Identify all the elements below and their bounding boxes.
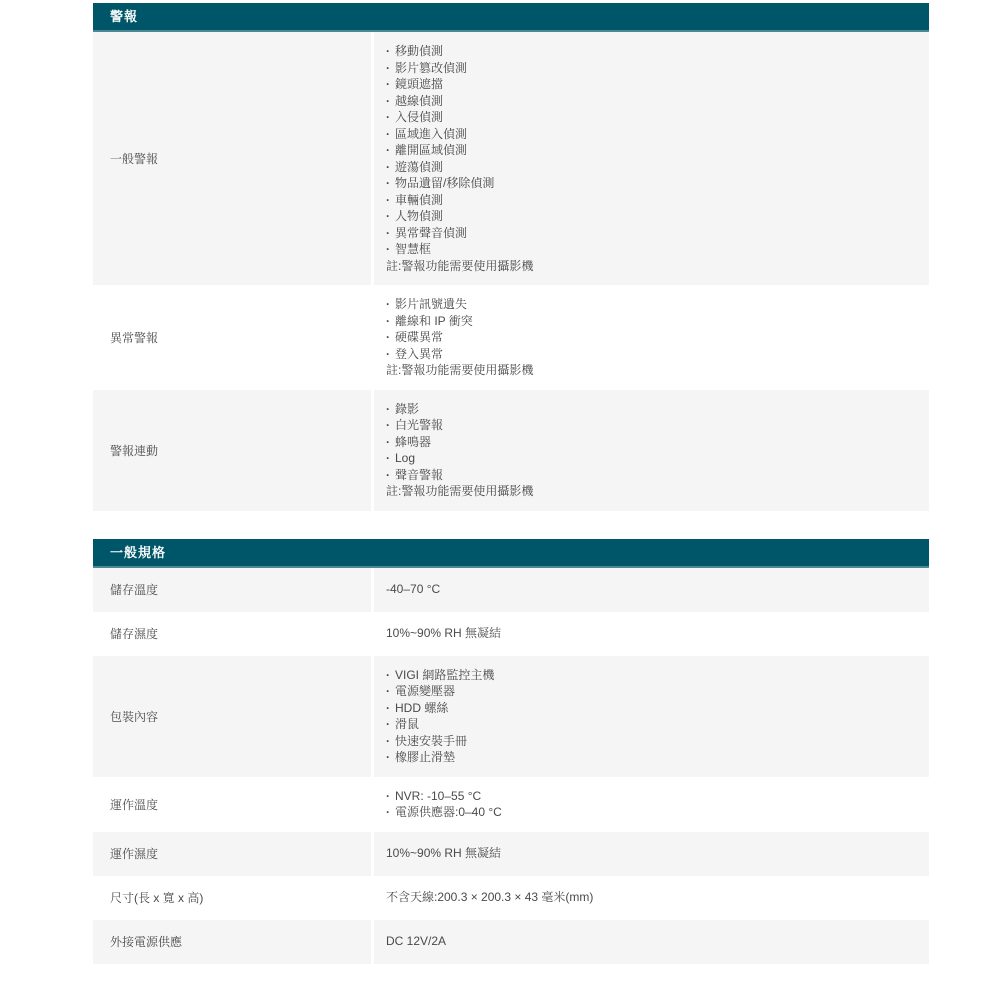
- bullet-list: 移動偵測影片篡改偵測鏡頭遮擋越線偵測入侵偵測區域進入偵測離開區域偵測遊蕩偵測物品…: [386, 43, 917, 258]
- spec-row: 儲存濕度10%~90% RH 無凝結: [93, 612, 929, 656]
- row-note: 註:警報功能需要使用攝影機: [386, 483, 917, 500]
- spec-row-label: 運作溫度: [93, 777, 371, 832]
- bullet-item: NVR: -10–55 °C: [386, 788, 917, 805]
- bullet-item: 離線和 IP 衝突: [386, 313, 917, 330]
- bullet-item: 區域進入偵測: [386, 126, 917, 143]
- bullet-list: 影片訊號遺失離線和 IP 衝突硬碟異常登入異常: [386, 296, 917, 362]
- spec-row-label: 運作濕度: [93, 832, 371, 876]
- spec-table-alarm: 警報 一般警報移動偵測影片篡改偵測鏡頭遮擋越線偵測入侵偵測區域進入偵測離開區域偵…: [93, 3, 929, 511]
- bullet-item: 離開區域偵測: [386, 142, 917, 159]
- spec-row-label: 警報連動: [93, 390, 371, 511]
- spec-row-label: 一般警報: [93, 32, 371, 285]
- bullet-item: 影片篡改偵測: [386, 60, 917, 77]
- bullet-item: 鏡頭遮擋: [386, 76, 917, 93]
- bullet-list: VIGI 網路監控主機電源變壓器HDD 螺絲滑鼠快速安裝手冊橡膠止滑墊: [386, 667, 917, 766]
- row-text: 10%~90% RH 無凝結: [386, 845, 917, 862]
- bullet-item: 遊蕩偵測: [386, 159, 917, 176]
- bullet-item: 電源供應器:0–40 °C: [386, 804, 917, 821]
- spec-row-value: 移動偵測影片篡改偵測鏡頭遮擋越線偵測入侵偵測區域進入偵測離開區域偵測遊蕩偵測物品…: [374, 32, 929, 285]
- spec-row: 異常警報影片訊號遺失離線和 IP 衝突硬碟異常登入異常註:警報功能需要使用攝影機: [93, 285, 929, 390]
- row-text: -40–70 °C: [386, 581, 917, 598]
- bullet-item: 人物偵測: [386, 208, 917, 225]
- spec-table-general: 一般規格 儲存溫度-40–70 °C儲存濕度10%~90% RH 無凝結包裝內容…: [93, 539, 929, 964]
- spec-row-value: NVR: -10–55 °C電源供應器:0–40 °C: [374, 777, 929, 832]
- table-header-general: 一般規格: [93, 539, 929, 568]
- bullet-item: 物品遺留/移除偵測: [386, 175, 917, 192]
- spec-row-label: 異常警報: [93, 285, 371, 390]
- table-title-general: 一般規格: [110, 545, 912, 561]
- spec-row-value: 影片訊號遺失離線和 IP 衝突硬碟異常登入異常註:警報功能需要使用攝影機: [374, 285, 929, 390]
- spec-row-value: VIGI 網路監控主機電源變壓器HDD 螺絲滑鼠快速安裝手冊橡膠止滑墊: [374, 656, 929, 777]
- bullet-item: 電源變壓器: [386, 683, 917, 700]
- bullet-item: 橡膠止滑墊: [386, 749, 917, 766]
- spec-page: 警報 一般警報移動偵測影片篡改偵測鏡頭遮擋越線偵測入侵偵測區域進入偵測離開區域偵…: [93, 3, 929, 964]
- bullet-list: NVR: -10–55 °C電源供應器:0–40 °C: [386, 788, 917, 821]
- table-header-alarm: 警報: [93, 3, 929, 32]
- row-note: 註:警報功能需要使用攝影機: [386, 362, 917, 379]
- spec-row: 運作溫度NVR: -10–55 °C電源供應器:0–40 °C: [93, 777, 929, 832]
- spec-row: 警報連動錄影白光警報蜂鳴器Log聲音警報註:警報功能需要使用攝影機: [93, 390, 929, 511]
- spec-row-label: 尺寸(長 x 寬 x 高): [93, 876, 371, 920]
- bullet-item: Log: [386, 450, 917, 467]
- spec-row: 外接電源供應DC 12V/2A: [93, 920, 929, 964]
- spec-row: 運作濕度10%~90% RH 無凝結: [93, 832, 929, 876]
- bullet-item: 影片訊號遺失: [386, 296, 917, 313]
- bullet-item: 異常聲音偵測: [386, 225, 917, 242]
- spec-row-value: 10%~90% RH 無凝結: [374, 832, 929, 876]
- bullet-item: 登入異常: [386, 346, 917, 363]
- spec-row-label: 包裝內容: [93, 656, 371, 777]
- bullet-item: 越線偵測: [386, 93, 917, 110]
- bullet-item: HDD 螺絲: [386, 700, 917, 717]
- spec-row-label: 儲存溫度: [93, 568, 371, 612]
- bullet-item: 入侵偵測: [386, 109, 917, 126]
- spec-row-value: 錄影白光警報蜂鳴器Log聲音警報註:警報功能需要使用攝影機: [374, 390, 929, 511]
- spec-row: 包裝內容VIGI 網路監控主機電源變壓器HDD 螺絲滑鼠快速安裝手冊橡膠止滑墊: [93, 656, 929, 777]
- row-text: 10%~90% RH 無凝結: [386, 625, 917, 642]
- table-rows-alarm: 一般警報移動偵測影片篡改偵測鏡頭遮擋越線偵測入侵偵測區域進入偵測離開區域偵測遊蕩…: [93, 32, 929, 511]
- spec-row: 尺寸(長 x 寬 x 高)不含天線:200.3 × 200.3 × 43 毫米(…: [93, 876, 929, 920]
- spec-row: 一般警報移動偵測影片篡改偵測鏡頭遮擋越線偵測入侵偵測區域進入偵測離開區域偵測遊蕩…: [93, 32, 929, 285]
- bullet-item: 聲音警報: [386, 467, 917, 484]
- row-text: DC 12V/2A: [386, 933, 917, 950]
- spec-row: 儲存溫度-40–70 °C: [93, 568, 929, 612]
- table-rows-general: 儲存溫度-40–70 °C儲存濕度10%~90% RH 無凝結包裝內容VIGI …: [93, 568, 929, 964]
- row-note: 註:警報功能需要使用攝影機: [386, 258, 917, 275]
- row-text: 不含天線:200.3 × 200.3 × 43 毫米(mm): [386, 889, 917, 906]
- bullet-item: 滑鼠: [386, 716, 917, 733]
- bullet-item: 錄影: [386, 401, 917, 418]
- bullet-item: VIGI 網路監控主機: [386, 667, 917, 684]
- spec-row-value: DC 12V/2A: [374, 920, 929, 964]
- bullet-list: 錄影白光警報蜂鳴器Log聲音警報: [386, 401, 917, 484]
- spec-row-label: 儲存濕度: [93, 612, 371, 656]
- bullet-item: 白光警報: [386, 417, 917, 434]
- spec-row-value: 不含天線:200.3 × 200.3 × 43 毫米(mm): [374, 876, 929, 920]
- spec-row-label: 外接電源供應: [93, 920, 371, 964]
- spec-row-value: 10%~90% RH 無凝結: [374, 612, 929, 656]
- bullet-item: 快速安裝手冊: [386, 733, 917, 750]
- bullet-item: 移動偵測: [386, 43, 917, 60]
- bullet-item: 蜂鳴器: [386, 434, 917, 451]
- table-title-alarm: 警報: [110, 9, 912, 25]
- spec-row-value: -40–70 °C: [374, 568, 929, 612]
- bullet-item: 硬碟異常: [386, 329, 917, 346]
- bullet-item: 智慧框: [386, 241, 917, 258]
- bullet-item: 車輛偵測: [386, 192, 917, 209]
